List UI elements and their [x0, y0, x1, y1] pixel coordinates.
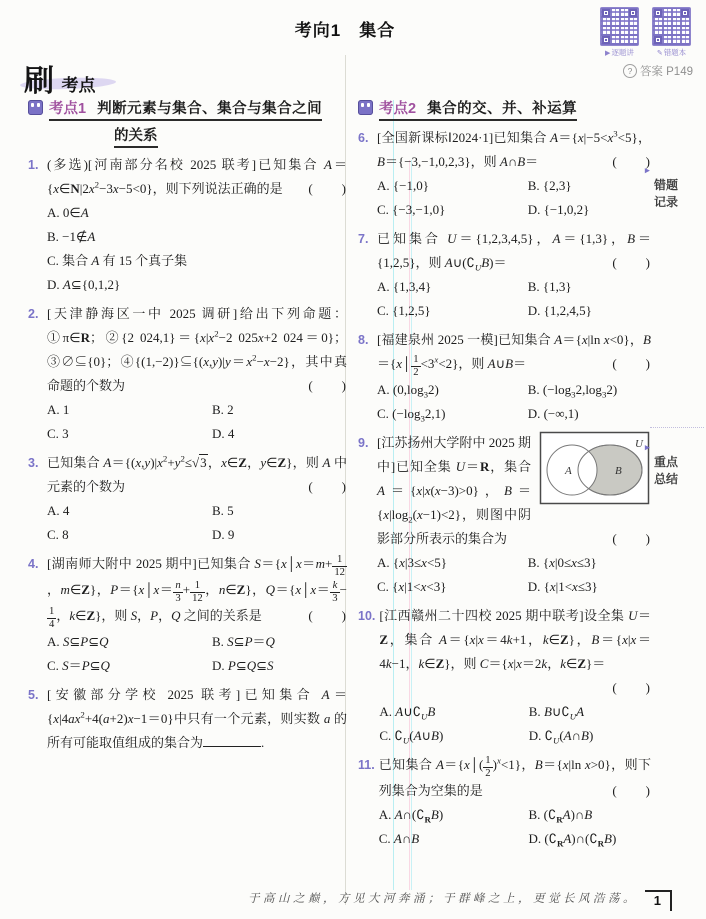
venn-label-u: U [635, 438, 644, 450]
option-d: D. (−∞,1) [528, 402, 651, 426]
problem-number: 2. [28, 302, 43, 326]
option-d: D. {x|1<x≤3} [528, 575, 651, 599]
qr-area: ▶逐题讲 ✎错题本 [597, 7, 694, 58]
footer-quote: 于高山之巅，方见大河奔涌；于群峰之上，更觉长风浩荡。 [178, 890, 638, 906]
problem-number: 9. [358, 431, 373, 455]
problem-9: 9. U A B [江苏扬州大学附中 2025 [358, 431, 651, 599]
option-d: D. 4 [212, 422, 347, 446]
option-d: D. (∁RA)∩(∁RB) [528, 827, 651, 851]
option-d: D. {−1,0,2} [528, 198, 651, 222]
option-b: B. {1,3} [528, 275, 651, 299]
option-b: B. 2 [212, 398, 347, 422]
problem-options: A. 4 B. 5 C. 8 D. 9 [47, 499, 347, 547]
triangle-marker-icon: ▸ [645, 162, 650, 179]
problem-stem: (多选)[河南部分名校 2025 联考]已知集合 A＝{x∈N|2x2−3x−5… [47, 153, 347, 201]
problem-stem: 已知集合 U＝{1,2,3,4,5}，A＝{1,3}，B＝{1,2,5}，则 A… [377, 227, 651, 275]
margin-note-text: 重点 总结 [654, 455, 678, 486]
option-b: B. {x|0≤x≤3} [528, 551, 651, 575]
option-b: B. −1∉A [47, 225, 347, 249]
option-a: A. A∩(∁RB) [379, 803, 529, 827]
logo-small-chars: 考点 [61, 76, 95, 95]
left-column: 考点1判断元素与集合、集合与集合之间 的关系 1. (多选)[河南部分名校 20… [28, 97, 347, 760]
option-d: D. A⊆{0,1,2} [47, 273, 347, 297]
option-c: C. {x|1<x<3} [377, 575, 528, 599]
answer-reference-text: 答案 P149 [640, 63, 693, 79]
problem-stem: [安徽部分学校 2025 联考]已知集合 A＝{x|4ax2+4(a+2)x−1… [47, 683, 347, 755]
problem-stem: [湖南师大附中 2025 期中]已知集合 S＝{x│x＝m+112，m∈Z}，P… [47, 552, 347, 630]
section-title: 集合的交、并、补运算 [427, 101, 577, 117]
page-title: 考向1 集合 [0, 16, 690, 41]
margin-note-key-summary: ▸重点 总结 [654, 437, 704, 488]
qr-label-text: 错题本 [664, 48, 687, 57]
pencil-icon: ✎ [657, 50, 663, 57]
option-d: D. 9 [212, 523, 347, 547]
option-b: B. S⊆P＝Q [212, 630, 347, 654]
triangle-marker-icon: ▸ [645, 439, 650, 456]
venn-label-b: B [615, 465, 622, 477]
problem-7: 7. 已知集合 U＝{1,2,3,4,5}，A＝{1,3}，B＝{1,2,5}，… [358, 227, 651, 323]
kaodian-label: 考点2 [379, 101, 416, 117]
dotted-separator [650, 427, 704, 428]
option-c: C. {1,2,5} [377, 299, 528, 323]
problem-options: A. A∩(∁RB) B. (∁RA)∩B C. A∩B D. (∁RA)∩(∁… [379, 803, 651, 851]
option-c: C. S＝P⊆Q [47, 654, 212, 678]
option-a: A. 1 [47, 398, 212, 422]
option-a: A. 0∈A [47, 201, 347, 225]
option-a: A. S⊆P⊆Q [47, 630, 212, 654]
problem-stem: [福建泉州 2025 一模]已知集合 A＝{x|ln x<0}，B＝{x│12<… [377, 328, 651, 378]
option-b: B. {2,3} [528, 174, 651, 198]
problem-8: 8. [福建泉州 2025 一模]已知集合 A＝{x|ln x<0}，B＝{x│… [358, 328, 651, 426]
qr-label: ▶逐题讲 [597, 47, 642, 58]
problem-options: A. 0∈A B. −1∉A C. 集合 A 有 15 个真子集 D. A⊆{0… [47, 201, 347, 297]
problem-stem: 已知集合 A＝{x│(12)x<1}，B＝{x|ln x>0}，则下列集合为空集… [379, 753, 651, 803]
question-circle-icon: ? [623, 64, 637, 78]
kaodian-badge-icon [28, 100, 43, 115]
problem-stem: [全国新课标Ⅰ2024·1]已知集合 A＝{x|−5<x3<5}，B＝{−3,−… [377, 126, 651, 174]
problem-number: 1. [28, 153, 43, 177]
qr-image [652, 7, 691, 46]
problem-options: A. {x|3≤x<5} B. {x|0≤x≤3} C. {x|1<x<3} D… [377, 551, 651, 599]
answer-reference: ? 答案 P149 [623, 63, 693, 79]
problem-options: A. S⊆P⊆Q B. S⊆P＝Q C. S＝P⊆Q D. P⊆Q⊆S [47, 630, 347, 678]
problem-number: 7. [358, 227, 373, 251]
textbook-page: 考向1 集合 ▶逐题讲 ✎错题本 ? 答案 P149 刷 考点 考点1判断元素与… [0, 0, 706, 919]
problem-6: 6. [全国新课标Ⅰ2024·1]已知集合 A＝{x|−5<x3<5}，B＝{−… [358, 126, 651, 222]
option-c: C. 8 [47, 523, 212, 547]
option-a: A. {1,3,4} [377, 275, 528, 299]
option-b: B. (−log32,log32) [528, 378, 651, 402]
venn-label-a: A [564, 465, 572, 477]
option-b: B. (∁RA)∩B [528, 803, 651, 827]
option-c: C. 集合 A 有 15 个真子集 [47, 249, 347, 273]
option-c: C. (−log32,1) [377, 402, 528, 426]
problem-5: 5. [安徽部分学校 2025 联考]已知集合 A＝{x|4ax2+4(a+2)… [28, 683, 347, 755]
option-c: C. ∁U(A∪B) [379, 724, 528, 748]
problem-options: A. (0,log32) B. (−log32,log32) C. (−log3… [377, 378, 651, 426]
option-a: A. (0,log32) [377, 378, 528, 402]
option-b: B. 5 [212, 499, 347, 523]
problem-number: 6. [358, 126, 373, 150]
problem-options: A. {1,3,4} B. {1,3} C. {1,2,5} D. {1,2,4… [377, 275, 651, 323]
play-icon: ▶ [605, 50, 610, 57]
option-a: A. A∪∁UB [379, 700, 528, 724]
option-d: D. {1,2,4,5} [528, 299, 651, 323]
qr-code-notebook: ✎错题本 [649, 7, 694, 58]
option-a: A. {−1,0} [377, 174, 528, 198]
page-number: 1 [645, 890, 672, 911]
option-d: D. P⊆Q⊆S [212, 654, 347, 678]
problem-options: A. 1 B. 2 C. 3 D. 4 [47, 398, 347, 446]
problem-number: 8. [358, 328, 373, 352]
qr-label: ✎错题本 [649, 47, 694, 58]
logo-big-char: 刷 [24, 65, 55, 98]
problem-number: 5. [28, 683, 43, 707]
problem-number: 3. [28, 451, 43, 475]
problem-stem: [天津静海区一中 2025 调研]给出下列命题：①π∈R；②{2 024,1}＝… [47, 302, 347, 398]
problem-2: 2. [天津静海区一中 2025 调研]给出下列命题：①π∈R；②{2 024,… [28, 302, 347, 446]
problem-stem: 已知集合 A＝{(x,y)|x2+y2≤√3，x∈Z，y∈Z}，则 A 中元素的… [47, 451, 347, 499]
right-column: 考点2集合的交、并、补运算 6. [全国新课标Ⅰ2024·1]已知集合 A＝{x… [358, 97, 651, 856]
section-title-line2: 的关系 [114, 128, 158, 148]
option-c: C. A∩B [379, 827, 529, 851]
option-a: A. {x|3≤x<5} [377, 551, 528, 575]
section-heading-2: 考点2集合的交、并、补运算 [358, 97, 651, 121]
qr-label-text: 逐题讲 [611, 48, 634, 57]
problem-number: 10. [358, 604, 375, 628]
option-c: C. {−3,−1,0} [377, 198, 528, 222]
option-c: C. 3 [47, 422, 212, 446]
section-title: 判断元素与集合、集合与集合之间 [97, 101, 322, 117]
brush-kaodian-logo: 刷 考点 [24, 56, 95, 100]
problem-options: A. {−1,0} B. {2,3} C. {−3,−1,0} D. {−1,0… [377, 174, 651, 222]
option-b: B. B∪∁UA [529, 700, 651, 724]
problem-number: 11. [358, 753, 375, 777]
problem-10: 10. [江西赣州二十四校 2025 期中联考]设全集 U＝Z，集合 A＝{x|… [358, 604, 651, 748]
problem-stem: U A B [江苏扬州大学附中 2025 期中]已知全集 U＝R，集合 A＝{x… [377, 431, 651, 551]
venn-diagram: U A B [539, 431, 651, 515]
margin-note-error-log: ▸错题 记录 [654, 160, 704, 211]
problem-1: 1. (多选)[河南部分名校 2025 联考]已知集合 A＝{x∈N|2x2−3… [28, 153, 347, 297]
problem-4: 4. [湖南师大附中 2025 期中]已知集合 S＝{x│x＝m+112，m∈Z… [28, 552, 347, 678]
section-heading-1: 考点1判断元素与集合、集合与集合之间 的关系 [28, 97, 347, 148]
option-d: D. ∁U(A∩B) [529, 724, 651, 748]
qr-image [600, 7, 639, 46]
problem-number: 4. [28, 552, 43, 576]
kaodian-label: 考点1 [49, 101, 86, 117]
qr-code-video: ▶逐题讲 [597, 7, 642, 58]
problem-11: 11. 已知集合 A＝{x│(12)x<1}，B＝{x|ln x>0}，则下列集… [358, 753, 651, 851]
margin-note-text: 错题 记录 [654, 178, 678, 209]
problem-stem: [江西赣州二十四校 2025 期中联考]设全集 U＝Z，集合 A＝{x|x＝4k… [379, 604, 651, 700]
kaodian-badge-icon [358, 100, 373, 115]
problem-3: 3. 已知集合 A＝{(x,y)|x2+y2≤√3，x∈Z，y∈Z}，则 A 中… [28, 451, 347, 547]
problem-options: A. A∪∁UB B. B∪∁UA C. ∁U(A∪B) D. ∁U(A∩B) [379, 700, 651, 748]
page-number-text: 1 [654, 893, 661, 908]
problem-stem-text: [江苏扬州大学附中 2025 期中]已知全集 U＝R，集合 A＝{x|x(x−3… [377, 435, 531, 546]
option-a: A. 4 [47, 499, 212, 523]
